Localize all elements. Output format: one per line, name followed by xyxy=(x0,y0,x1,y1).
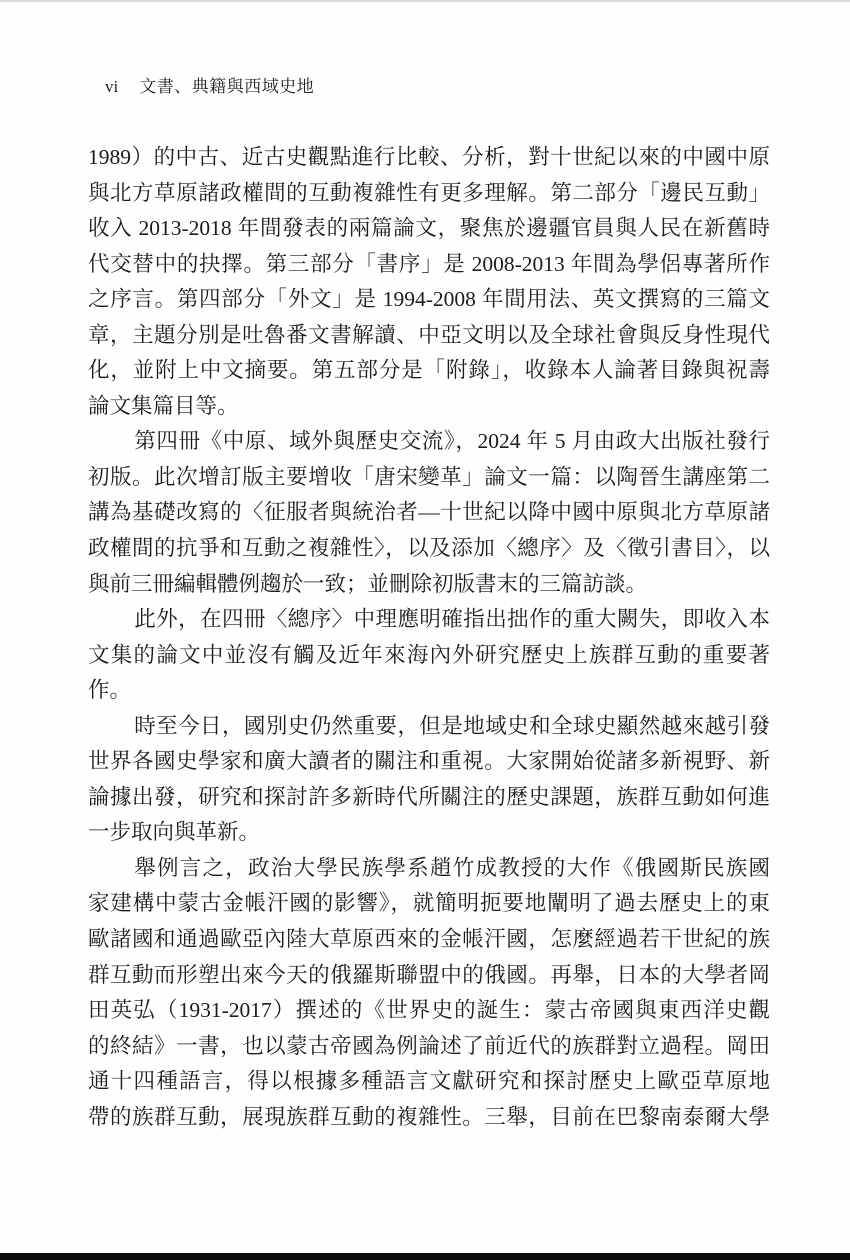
text-line: 家建構中蒙古金帳汗國的影響》，就簡明扼要地闡明了過去歷史上的東 xyxy=(88,886,770,922)
paragraph: 第四冊《中原、域外與歷史交流》，2024 年 5 月由政大出版社發行初版。此次增… xyxy=(88,424,770,602)
text-line: 帶的族群互動，展現族群互動的複雜性。三舉，目前在巴黎南泰爾大學 xyxy=(88,1100,770,1136)
text-line: 論文集篇目等。 xyxy=(88,389,770,425)
text-line: 田英弘（1931-2017）撰述的《世界史的誕生：蒙古帝國與東西洋史觀 xyxy=(88,993,770,1029)
body-text: 1989）的中古、近古史觀點進行比較、分析，對十世紀以來的中國中原與北方草原諸政… xyxy=(88,140,770,1135)
text-line: 歐諸國和通過歐亞內陸大草原西來的金帳汗國，怎麼經過若干世紀的族 xyxy=(88,922,770,958)
text-line: 章，主題分別是吐魯番文書解讀、中亞文明以及全球社會與反身性現代 xyxy=(88,318,770,354)
text-line: 代交替中的抉擇。第三部分「書序」是 2008-2013 年間為學侶專著所作 xyxy=(88,247,770,283)
bottom-edge-bar xyxy=(0,1253,850,1260)
top-edge-line xyxy=(0,0,850,2)
text-line: 通十四種語言，得以根據多種語言文獻研究和探討歷史上歐亞草原地 xyxy=(88,1064,770,1100)
text-line: 一步取向與革新。 xyxy=(88,815,770,851)
text-line: 與前三冊編輯體例趨於一致；並刪除初版書末的三篇訪談。 xyxy=(88,567,770,603)
text-line: 1989）的中古、近古史觀點進行比較、分析，對十世紀以來的中國中原 xyxy=(88,140,770,176)
text-line: 世界各國史學家和廣大讀者的關注和重視。大家開始從諸多新視野、新 xyxy=(88,744,770,780)
text-line: 時至今日，國別史仍然重要，但是地域史和全球史顯然越來越引發 xyxy=(88,709,770,745)
text-line: 作。 xyxy=(88,673,770,709)
text-line: 此外，在四冊〈總序〉中理應明確指出拙作的重大闕失，即收入本 xyxy=(88,602,770,638)
paragraph: 時至今日，國別史仍然重要，但是地域史和全球史顯然越來越引發世界各國史學家和廣大讀… xyxy=(88,709,770,851)
text-line: 與北方草原諸政權間的互動複雜性有更多理解。第二部分「邊民互動」 xyxy=(88,176,770,212)
paragraph: 此外，在四冊〈總序〉中理應明確指出拙作的重大闕失，即收入本文集的論文中並沒有觸及… xyxy=(88,602,770,709)
text-line: 論據出發，研究和探討許多新時代所關注的歷史課題，族群互動如何進 xyxy=(88,780,770,816)
book-page: vi 文書、典籍與西域史地 1989）的中古、近古史觀點進行比較、分析，對十世紀… xyxy=(0,0,850,1260)
text-line: 初版。此次增訂版主要增收「唐宋變革」論文一篇：以陶晉生講座第二 xyxy=(88,460,770,496)
paragraph: 舉例言之，政治大學民族學系趙竹成教授的大作《俄國斯民族國家建構中蒙古金帳汗國的影… xyxy=(88,851,770,1135)
page-number: vi xyxy=(105,77,118,97)
text-line: 群互動而形塑出來今天的俄羅斯聯盟中的俄國。再舉，日本的大學者岡 xyxy=(88,958,770,994)
running-title: 文書、典籍與西域史地 xyxy=(139,72,314,97)
text-line: 收入 2013-2018 年間發表的兩篇論文，聚焦於邊疆官員與人民在新舊時 xyxy=(88,211,770,247)
text-line: 政權間的抗爭和互動之複雜性〉，以及添加〈總序〉及〈徵引書目〉，以 xyxy=(88,531,770,567)
text-line: 化，並附上中文摘要。第五部分是「附錄」，收錄本人論著目錄與祝壽 xyxy=(88,353,770,389)
text-line: 的終結》一書，也以蒙古帝國為例論述了前近代的族群對立過程。岡田 xyxy=(88,1029,770,1065)
text-line: 第四冊《中原、域外與歷史交流》，2024 年 5 月由政大出版社發行 xyxy=(88,424,770,460)
text-line: 文集的論文中並沒有觸及近年來海內外研究歷史上族群互動的重要著 xyxy=(88,638,770,674)
page-header: vi 文書、典籍與西域史地 xyxy=(105,72,314,97)
text-line: 講為基礎改寫的〈征服者與統治者—十世紀以降中國中原與北方草原諸 xyxy=(88,495,770,531)
paragraph: 1989）的中古、近古史觀點進行比較、分析，對十世紀以來的中國中原與北方草原諸政… xyxy=(88,140,770,424)
text-line: 之序言。第四部分「外文」是 1994-2008 年間用法、英文撰寫的三篇文 xyxy=(88,282,770,318)
text-line: 舉例言之，政治大學民族學系趙竹成教授的大作《俄國斯民族國 xyxy=(88,851,770,887)
